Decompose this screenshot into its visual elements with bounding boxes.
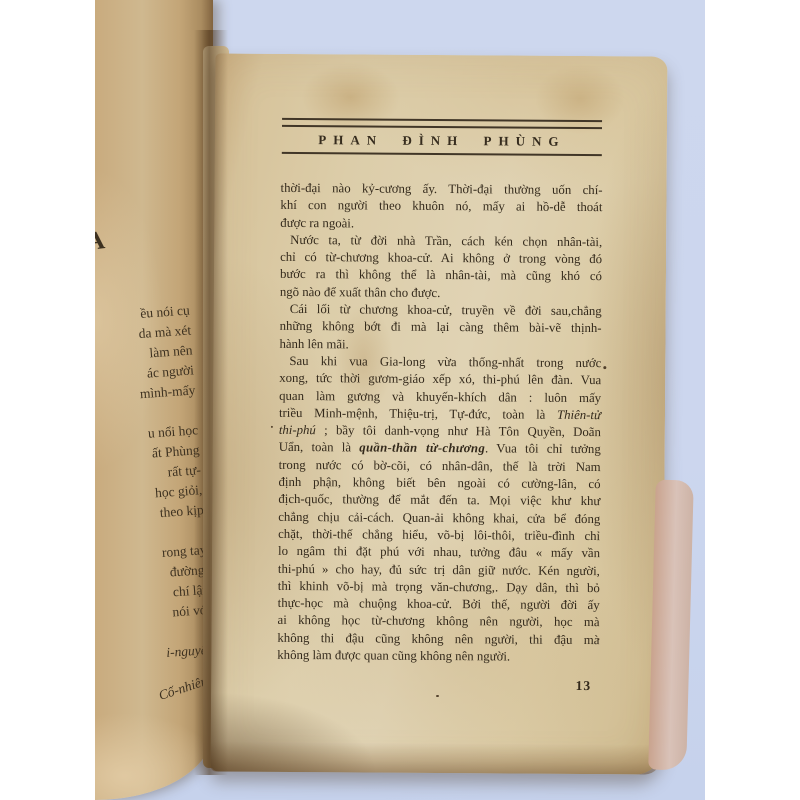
text-segment: bước ra thì không thể là nhân-tài, mà cũ…: [280, 267, 602, 283]
text-segment: Sau khi vua Gia-long vừa thống-nhất tron…: [289, 354, 601, 370]
text-segment: thi-phú: [279, 423, 316, 437]
body-text-line: khí con người theo khuôn nó, mấy ai hồ-d…: [280, 197, 602, 217]
text-segment: ; bầy tôi danh-vọng như Hà Tôn Quyền, Do…: [316, 423, 601, 439]
body-text-line: triều Minh-mệnh, Thiệu-trị, Tự-đức, toàn…: [279, 405, 601, 425]
body-text: thời-đại nào kỷ-cương ấy. Thời-đại thườn…: [277, 180, 602, 667]
body-text-line: bước ra thì không thể là nhân-tài, mà cũ…: [280, 266, 602, 286]
body-text-line: thời-đại nào kỷ-cương ấy. Thời-đại thườn…: [281, 180, 603, 200]
text-segment: chỉ có từ-chương khoa-cử. Ai không ở tro…: [280, 250, 602, 266]
body-text-line: xong, tức thời gươm-giáo xếp xó, thi-phú…: [279, 370, 601, 390]
body-text-line: Sau khi vua Gia-long vừa thống-nhất tron…: [279, 353, 601, 373]
page-number: 13: [576, 678, 592, 694]
text-segment: thực-học mà chuộng khoa-cử. Bởi thế, ngư…: [278, 596, 600, 612]
text-segment: những không bớt đi mà lại càng thêm bài-…: [280, 319, 602, 335]
body-text-line: trong nước có bờ-cõi, có nhân-dân, thế l…: [279, 457, 601, 477]
text-segment: chặt, thời-thế chẳng hiểu, võ-bị lôi-thô…: [278, 527, 600, 543]
text-segment: chẳng chịu cải-cách. Quan-ải không khai,…: [278, 510, 600, 526]
white-mat-right: [705, 0, 800, 800]
text-segment: Thiên-tử: [557, 408, 601, 422]
spine-shadow: [194, 30, 228, 775]
fore-edge-pages: [648, 480, 694, 771]
foxing-speck: [271, 426, 273, 428]
text-segment: khí con người theo khuôn nó, mấy ai hồ-d…: [280, 198, 602, 214]
body-text-line: những không bớt đi mà lại càng thêm bài-…: [280, 318, 602, 338]
text-segment: không thi đậu cũng không nên người, thi …: [277, 631, 599, 647]
body-text-line: định phận, không biết bên ngoài có cường…: [278, 474, 600, 494]
text-segment: quan làm gương và khuyến-khích dân : luô…: [279, 388, 601, 404]
body-text-line: thi-phú ; bầy tôi danh-vọng như Hà Tôn Q…: [279, 422, 601, 442]
body-text-line: được ra ngoài.: [280, 214, 602, 234]
text-segment: triều Minh-mệnh, Thiệu-trị, Tự-đức, toàn…: [279, 406, 557, 422]
body-text-line: Uẩn, toàn là quần-thần từ-chương. Vua tô…: [279, 439, 601, 459]
body-text-line: thực-học mà chuộng khoa-cử. Bởi thế, ngư…: [278, 595, 600, 615]
body-text-line: hành lên mãi.: [279, 336, 601, 356]
white-mat-left: [0, 0, 95, 800]
text-segment: trong nước có bờ-cõi, có nhân-dân, thế l…: [279, 458, 601, 474]
text-segment: thi-phú » cho hay, đủ sức trị dân giữ nư…: [278, 561, 600, 577]
text-segment: ngõ nào để xuất thân cho được.: [280, 285, 441, 300]
body-text-line: lo ngâm thi đặt phú với nhau, tưởng đâu …: [278, 543, 600, 563]
body-text-line: ngõ nào để xuất thân cho được.: [280, 284, 602, 304]
text-segment: lo ngâm thi đặt phú với nhau, tưởng đâu …: [278, 544, 600, 560]
body-text-line: không làm được quan cũng không nên người…: [277, 647, 599, 667]
body-text-line: không thi đậu cũng không nên người, thi …: [277, 630, 599, 650]
body-text-line: ai không học từ-chương không nên người, …: [277, 612, 599, 632]
text-segment: Uẩn, toàn là: [279, 440, 360, 455]
text-segment: Cái lối từ chương khoa-cử, truyền về đời…: [290, 302, 602, 318]
text-segment: Nước ta, từ đời nhà Trần, cách kén chọn …: [290, 233, 602, 249]
body-text-line: chẳng chịu cải-cách. Quan-ải không khai,…: [278, 509, 600, 529]
text-segment: địch-quốc, thường để mắt đến ta. Mọi việ…: [278, 492, 600, 508]
text-segment: không làm được quan cũng không nên người…: [277, 648, 510, 664]
text-segment: thời-đại nào kỷ-cương ấy. Thời-đại thườn…: [281, 181, 603, 197]
body-text-line: thì khinh võ-bị mà trọng văn-chương,. Dạ…: [278, 578, 600, 598]
text-segment: định phận, không biết bên ngoài có cường…: [278, 475, 600, 491]
body-text-line: thi-phú » cho hay, đủ sức trị dân giữ nư…: [278, 560, 600, 580]
text-segment: xong, tức thời gươm-giáo xếp xó, thi-phú…: [279, 371, 601, 387]
body-text-line: Cái lối từ chương khoa-cử, truyền về đời…: [280, 301, 602, 321]
running-header: PHAN ĐÌNH PHÙNG: [282, 118, 602, 156]
text-segment: ai không học từ-chương không nên người, …: [278, 613, 600, 629]
body-text-line: quan làm gương và khuyến-khích dân : luô…: [279, 387, 601, 407]
text-segment: quần-thần từ-chương: [359, 441, 485, 456]
foxing-speck: [436, 695, 439, 697]
body-text-line: địch-quốc, thường để mắt đến ta. Mọi việ…: [278, 491, 600, 511]
body-text-line: Nước ta, từ đời nhà Trần, cách kén chọn …: [280, 232, 602, 252]
text-segment: hành lên mãi.: [279, 337, 348, 351]
text-segment: được ra ngoài.: [280, 215, 354, 230]
body-text-line: chặt, thời-thế chẳng hiểu, võ-bị lôi-thô…: [278, 526, 600, 546]
body-text-line: chỉ có từ-chương khoa-cử. Ai không ở tro…: [280, 249, 602, 269]
text-segment: . Vua tôi chỉ tưởng: [485, 442, 601, 457]
foxing-speck: [603, 366, 606, 369]
text-segment: thì khinh võ-bị mà trọng văn-chương,. Dạ…: [278, 579, 600, 595]
header-title: PHAN ĐÌNH PHÙNG: [282, 127, 602, 154]
right-page: PHAN ĐÌNH PHÙNG thời-đại nào kỷ-cương ấy…: [210, 53, 667, 774]
